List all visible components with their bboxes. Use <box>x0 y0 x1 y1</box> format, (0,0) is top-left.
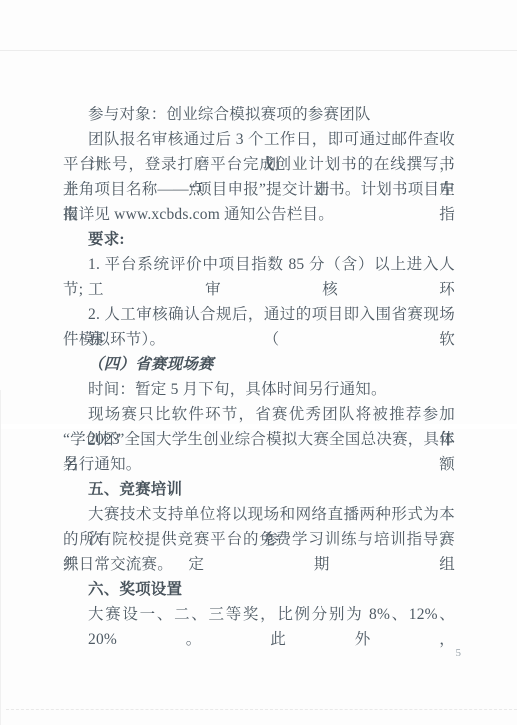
scan-artifact-bottom-line <box>6 709 517 710</box>
scan-artifact-left-edge <box>0 390 1 725</box>
document-body: 参与对象：创业综合模拟赛项的参赛团队 团队报名审核通过后 3 个工作日，即可通过… <box>63 102 455 627</box>
scan-artifact-top-line <box>0 50 517 51</box>
document-page: 参与对象：创业综合模拟赛项的参赛团队 团队报名审核通过后 3 个工作日，即可通过… <box>0 0 517 725</box>
paragraph-final-detail-l1: 现场赛只比软件环节，省赛优秀团队将被推荐参加 2023 年 <box>63 402 455 427</box>
paragraph-training-l2: 的所有院校提供竞赛平台的免费学习训练与培训指导，并定期组 <box>63 527 455 552</box>
paragraph-registration-l3: 上角项目名称——“项目申报”提交计划书。计划书项目申报指 <box>63 177 455 202</box>
page-number: 5 <box>456 646 462 660</box>
heading-awards: 六、奖项设置 <box>63 577 455 602</box>
paragraph-requirement1-l1: 1. 平台系统评价中项目指数 85 分（含）以上进入人工审核环 <box>63 252 455 277</box>
heading-requirements: 要求: <box>63 227 455 252</box>
paragraph-training-l1: 大赛技术支持单位将以现场和网络直播两种形式为本次参赛 <box>63 502 455 527</box>
paragraph-participants: 参与对象：创业综合模拟赛项的参赛团队 <box>63 102 455 127</box>
paragraph-requirement2-l1: 2. 人工审核确认合规后，通过的项目即入围省赛现场赛（软 <box>63 302 455 327</box>
paragraph-awards-l1: 大赛设一、二、三等奖，比例分别为 8%、12%、20%。此外， <box>63 602 455 627</box>
paragraph-registration-l2: 平台账号，登录打磨平台完成创业计划书的在线撰写，并点击左 <box>63 152 455 177</box>
paragraph-final-detail-l2: “学创杯”全国大学生创业综合模拟大赛全国总决赛，具体名额 <box>63 427 455 452</box>
heading-training: 五、竞赛培训 <box>63 477 455 502</box>
paragraph-final-time: 时间：暂定 5 月下旬，具体时间另行通知。 <box>63 377 455 402</box>
paragraph-registration-l1: 团队报名审核通过后 3 个工作日，即可通过邮件查收计划书 <box>63 127 455 152</box>
heading-provincial-final: （四）省赛现场赛 <box>63 352 455 377</box>
